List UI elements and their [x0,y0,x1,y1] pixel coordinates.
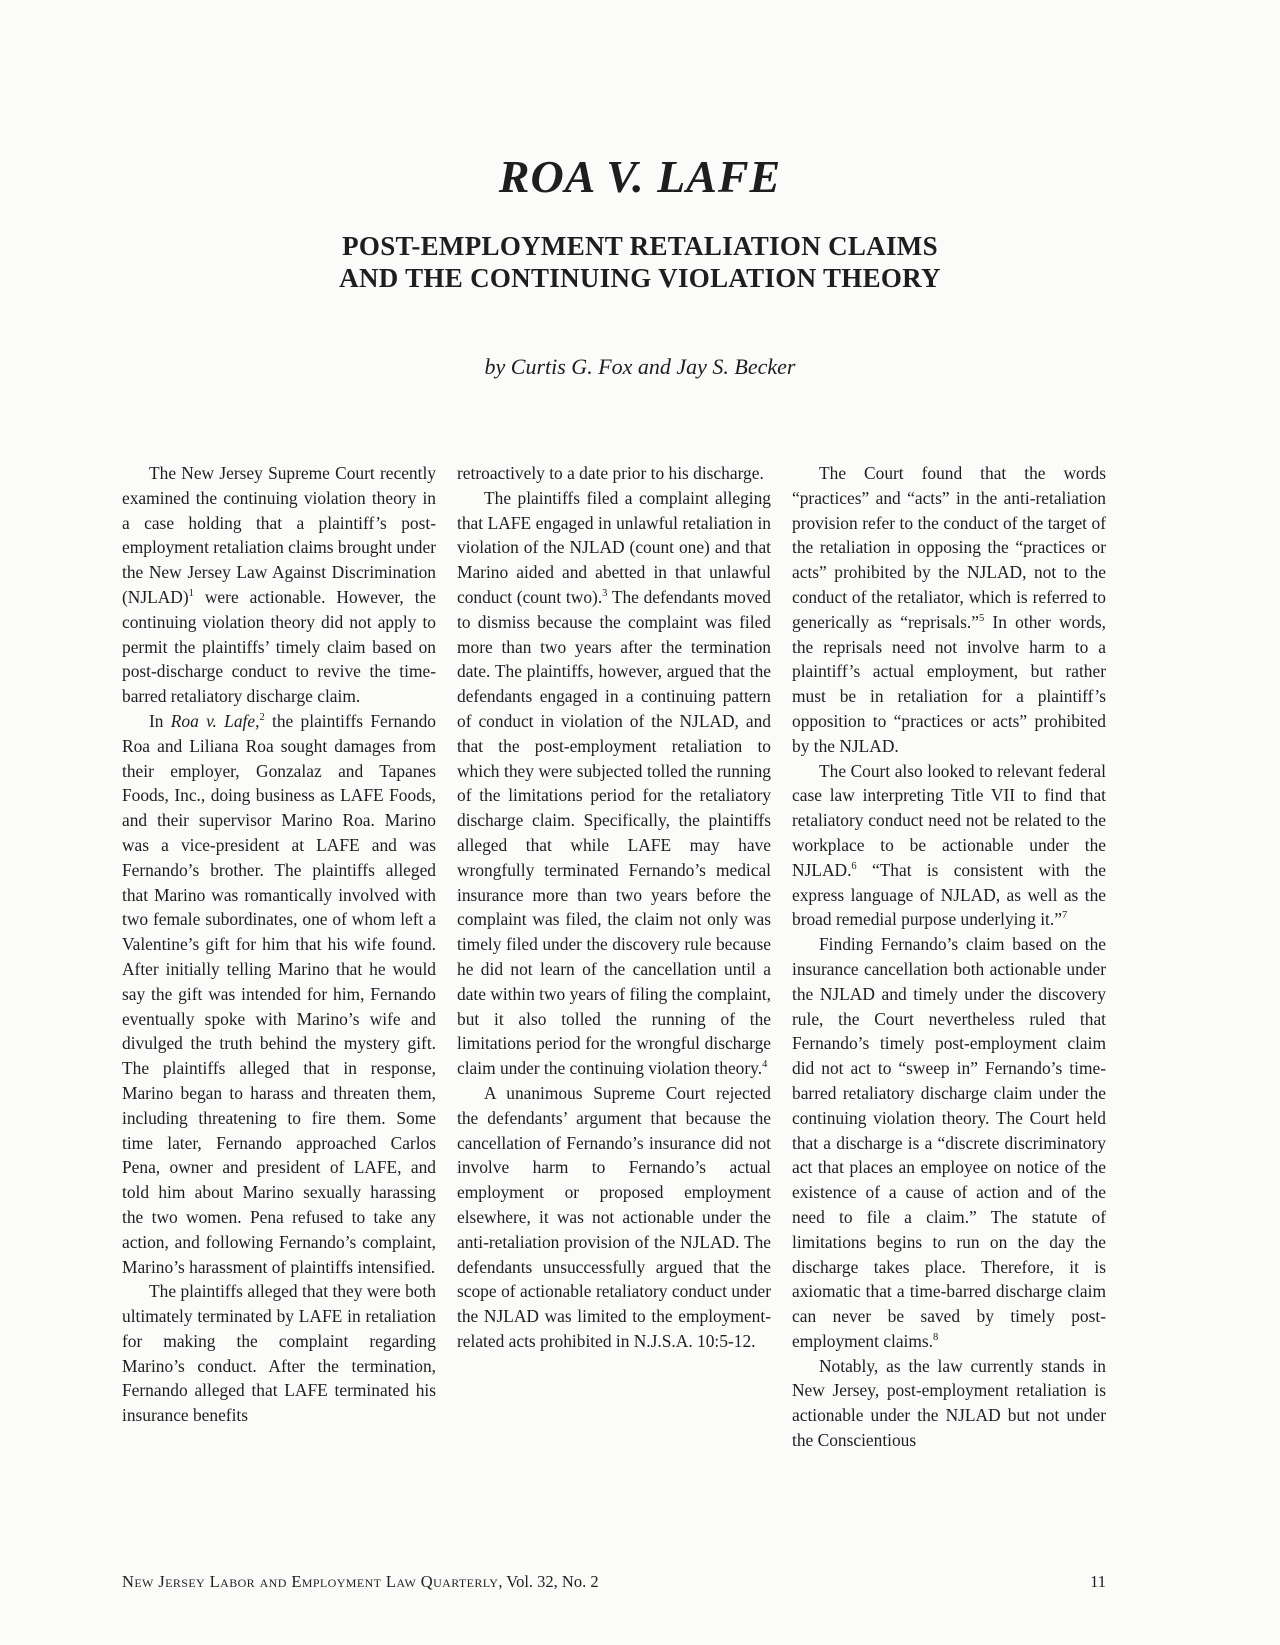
case-citation: Roa v. Lafe, [171,711,260,731]
text-run: Notably, as the law currently stands in … [792,1356,1106,1450]
paragraph: The New Jersey Supreme Court recently ex… [122,461,436,709]
page-title: ROA V. LAFE [0,150,1280,203]
paragraph: Finding Fernando’s claim based on the in… [792,932,1106,1354]
paragraph: retroactively to a date prior to his dis… [457,461,771,486]
text-run: the plaintiffs Fernando Roa and Liliana … [122,711,436,1277]
column-3: The Court found that the words “practice… [792,461,1106,1453]
paragraph: The plaintiffs filed a complaint allegin… [457,486,771,1081]
text-run: The plaintiffs alleged that they were bo… [122,1281,436,1425]
byline: by Curtis G. Fox and Jay S. Becker [0,354,1280,380]
footnote-reference: 7 [1062,911,1067,922]
subtitle-line-1: POST-EMPLOYMENT RETALIATION CLAIMS [0,230,1280,262]
page-footer: New Jersey Labor and Employment Law Quar… [122,1572,1106,1592]
text-run: In other words, the reprisals need not i… [792,612,1106,756]
footer-journal-name: New Jersey Labor and Employment Law Quar… [122,1572,498,1591]
footer-journal: New Jersey Labor and Employment Law Quar… [122,1572,599,1592]
footer-journal-issue: , Vol. 32, No. 2 [498,1572,598,1591]
text-run: The New Jersey Supreme Court recently ex… [122,463,436,607]
article-header: ROA V. LAFE POST-EMPLOYMENT RETALIATION … [0,150,1280,380]
text-run: In [149,711,171,731]
column-1: The New Jersey Supreme Court recently ex… [122,461,436,1453]
footnote-reference: 4 [762,1059,767,1070]
text-run: The defendants moved to dismiss because … [457,587,771,1078]
page-number: 11 [1090,1572,1106,1592]
paragraph: The Court found that the words “practice… [792,461,1106,759]
text-run: Finding Fernando’s claim based on the in… [792,934,1106,1351]
footnote-reference: 8 [933,1332,938,1343]
paragraph: Notably, as the law currently stands in … [792,1354,1106,1453]
paragraph: The plaintiffs alleged that they were bo… [122,1279,436,1428]
text-run: A unanimous Supreme Court rejected the d… [457,1083,771,1351]
paragraph: In Roa v. Lafe,2 the plaintiffs Fernando… [122,709,436,1279]
column-2: retroactively to a date prior to his dis… [457,461,771,1453]
text-run: The Court found that the words “practice… [792,463,1106,632]
article-page: ROA V. LAFE POST-EMPLOYMENT RETALIATION … [0,0,1280,1645]
paragraph: The Court also looked to relevant federa… [792,759,1106,933]
article-body: The New Jersey Supreme Court recently ex… [122,461,1106,1453]
subtitle-line-2: AND THE CONTINUING VIOLATION THEORY [0,262,1280,294]
paragraph: A unanimous Supreme Court rejected the d… [457,1081,771,1354]
article-subtitle: POST-EMPLOYMENT RETALIATION CLAIMS AND T… [0,230,1280,294]
text-run: retroactively to a date prior to his dis… [457,463,764,483]
